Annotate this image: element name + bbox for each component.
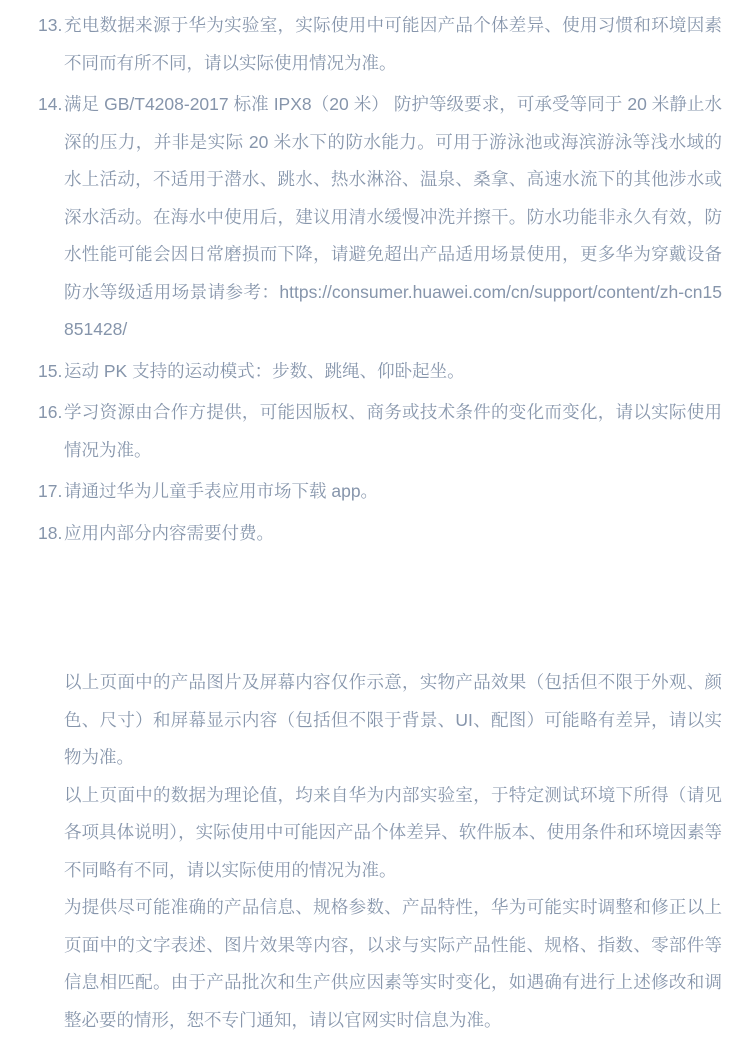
note-text: 应用内部分内容需要付费。 bbox=[64, 515, 722, 553]
note-item-18: 18. 应用内部分内容需要付费。 bbox=[38, 515, 722, 553]
note-text: 运动 PK 支持的运动模式：步数、跳绳、仰卧起坐。 bbox=[64, 353, 722, 391]
note-number: 14. bbox=[38, 86, 64, 124]
note-item-13: 13. 充电数据来源于华为实验室，实际使用中可能因产品个体差异、使用习惯和环境因… bbox=[38, 7, 722, 82]
note-item-14: 14. 满足 GB/T4208-2017 标准 IPX8（20 米） 防护等级要… bbox=[38, 86, 722, 349]
footer-paragraph-1: 以上页面中的产品图片及屏幕内容仅作示意，实物产品效果（包括但不限于外观、颜色、尺… bbox=[64, 664, 722, 777]
note-number: 15. bbox=[38, 353, 64, 391]
note-text: 学习资源由合作方提供，可能因版权、商务或技术条件的变化而变化，请以实际使用情况为… bbox=[64, 394, 722, 469]
note-number: 18. bbox=[38, 515, 64, 553]
footer-paragraph-3: 为提供尽可能准确的产品信息、规格参数、产品特性，华为可能实时调整和修正以上页面中… bbox=[64, 889, 722, 1039]
general-disclaimer-block: 以上页面中的产品图片及屏幕内容仅作示意，实物产品效果（包括但不限于外观、颜色、尺… bbox=[64, 664, 722, 1039]
note-number: 16. bbox=[38, 394, 64, 432]
note-text: 充电数据来源于华为实验室，实际使用中可能因产品个体差异、使用习惯和环境因素不同而… bbox=[64, 7, 722, 82]
disclaimer-content: 13. 充电数据来源于华为实验室，实际使用中可能因产品个体差异、使用习惯和环境因… bbox=[0, 0, 750, 1039]
note-item-17: 17. 请通过华为儿童手表应用市场下载 app。 bbox=[38, 473, 722, 511]
note-item-16: 16. 学习资源由合作方提供，可能因版权、商务或技术条件的变化而变化，请以实际使… bbox=[38, 394, 722, 469]
note-text-body: 满足 GB/T4208-2017 标准 IPX8（20 米） 防护等级要求，可承… bbox=[64, 94, 722, 302]
note-item-15: 15. 运动 PK 支持的运动模式：步数、跳绳、仰卧起坐。 bbox=[38, 353, 722, 391]
note-text: 请通过华为儿童手表应用市场下载 app。 bbox=[64, 473, 722, 511]
note-number: 13. bbox=[38, 7, 64, 45]
note-number: 17. bbox=[38, 473, 64, 511]
disclaimer-notes-list: 13. 充电数据来源于华为实验室，实际使用中可能因产品个体差异、使用习惯和环境因… bbox=[38, 7, 722, 552]
note-text: 满足 GB/T4208-2017 标准 IPX8（20 米） 防护等级要求，可承… bbox=[64, 86, 722, 349]
disclaimer-page: 13. 充电数据来源于华为实验室，实际使用中可能因产品个体差异、使用习惯和环境因… bbox=[0, 0, 750, 1042]
footer-paragraph-2: 以上页面中的数据为理论值，均来自华为内部实验室，于特定测试环境下所得（请见各项具… bbox=[64, 777, 722, 890]
